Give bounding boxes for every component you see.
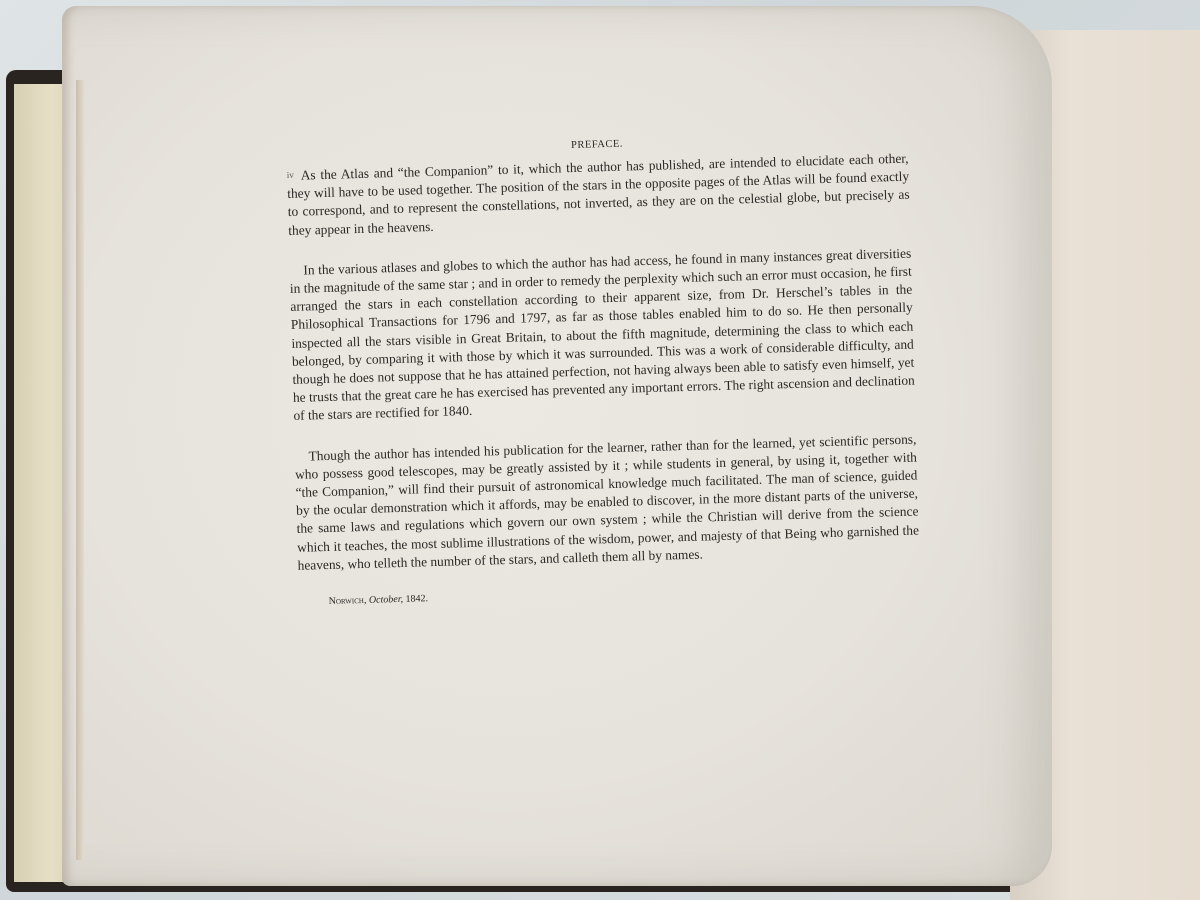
page-number: iv (287, 170, 294, 180)
paragraph-3: Though the author has intended his publi… (294, 430, 919, 575)
page-fold-edge (76, 80, 84, 860)
signature-place: Norwich, (329, 595, 367, 607)
signature-year: 1842. (405, 593, 428, 605)
page-text-block: iv PREFACE. As the Atlas and “the Compan… (286, 131, 921, 608)
signature-month: October, (369, 594, 403, 606)
paragraph-1: As the Atlas and “the Companion” to it, … (287, 150, 911, 240)
paragraph-2: In the various atlases and globes to whi… (289, 244, 915, 425)
